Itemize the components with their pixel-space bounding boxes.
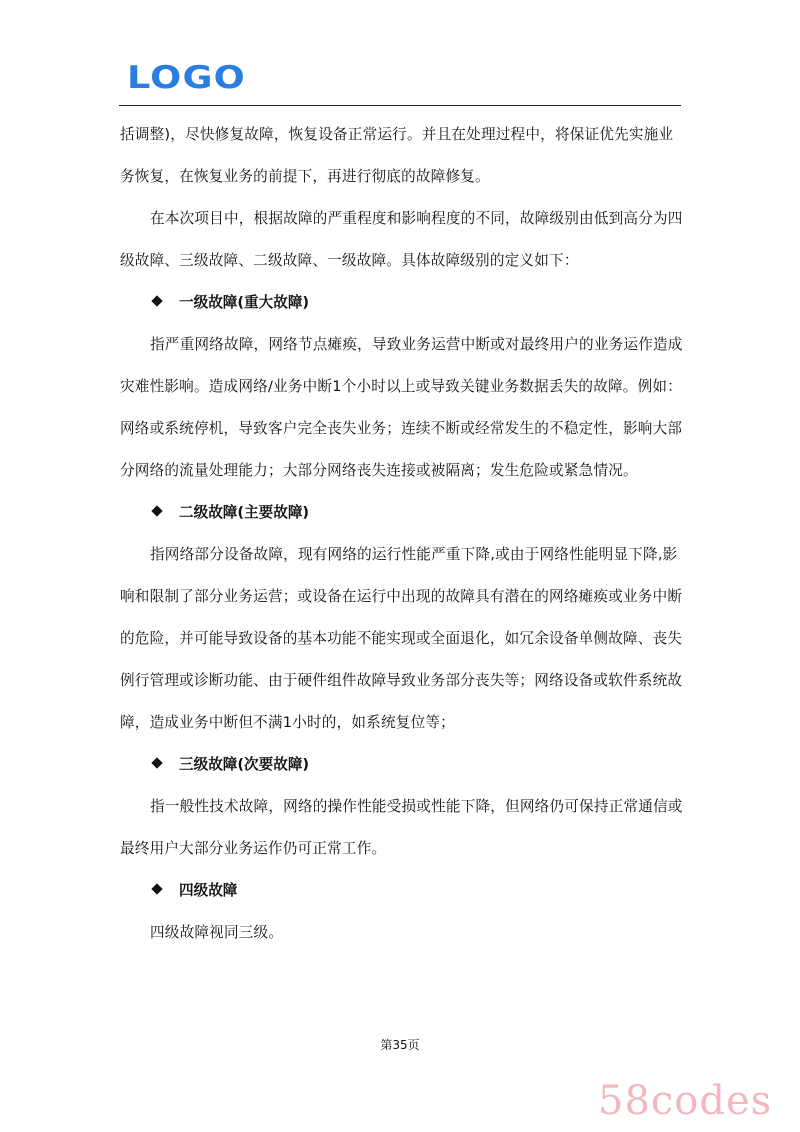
section-heading-level4: 四级故障 (120, 870, 682, 912)
paragraph-line: 指一般性技术故障，网络的操作性能受损或性能下降，但网络仍可保持正常通信或 (120, 786, 682, 828)
diamond-bullet-icon (151, 883, 162, 894)
diamond-bullet-icon (151, 757, 162, 768)
paragraph-line: 分网络的流量处理能力；大部分网络丧失连接或被隔离；发生危险或紧急情况。 (120, 450, 682, 492)
page-number: 第35页 (0, 1036, 800, 1053)
section-heading-level2: 二级故障(主要故障) (120, 492, 682, 534)
paragraph-line: 指网络部分设备故障，现有网络的运行性能严重下降,或由于网络性能明显下降,影 (120, 534, 682, 576)
paragraph-line: 网络或系统停机，导致客户完全丧失业务；连续不断或经常发生的不稳定性，影响大部 (120, 408, 682, 450)
paragraph-line: 灾难性影响。造成网络/业务中断1个小时以上或导致关键业务数据丢失的故障。例如： (120, 366, 682, 408)
paragraph-line: 四级故障视同三级。 (120, 912, 682, 954)
diamond-bullet-icon (151, 295, 162, 306)
heading-text: 一级故障(重大故障) (179, 294, 309, 311)
watermark: 58codes (598, 1078, 772, 1124)
paragraph-line: 在本次项目中，根据故障的严重程度和影响程度的不同，故障级别由低到高分为四 (120, 198, 682, 240)
heading-text: 三级故障(次要故障) (179, 756, 309, 773)
paragraph-line: 障，造成业务中断但不满1小时的，如系统复位等； (120, 702, 682, 744)
paragraph-line: 的危险，并可能导致设备的基本功能不能实现或全面退化，如冗余设备单侧故障、丧失 (120, 618, 682, 660)
paragraph-line: 级故障、三级故障、二级故障、一级故障。具体故障级别的定义如下： (120, 240, 682, 282)
paragraph-line: 最终用户大部分业务运作仍可正常工作。 (120, 828, 682, 870)
paragraph-line: 响和限制了部分业务运营；或设备在运行中出现的故障具有潜在的网络瘫痪或业务中断 (120, 576, 682, 618)
heading-text: 四级故障 (179, 882, 237, 899)
document-body: 括调整)，尽快修复故障，恢复设备正常运行。并且在处理过程中，将保证优先实施业 务… (120, 114, 682, 954)
section-heading-level3: 三级故障(次要故障) (120, 744, 682, 786)
diamond-bullet-icon (151, 505, 162, 516)
paragraph-line: 指严重网络故障，网络节点瘫痪，导致业务运营中断或对最终用户的业务运作造成 (120, 324, 682, 366)
section-heading-level1: 一级故障(重大故障) (120, 282, 682, 324)
header-divider (119, 105, 681, 106)
heading-text: 二级故障(主要故障) (179, 504, 309, 521)
paragraph-line: 括调整)，尽快修复故障，恢复设备正常运行。并且在处理过程中，将保证优先实施业 (120, 114, 682, 156)
paragraph-line: 务恢复，在恢复业务的前提下，再进行彻底的故障修复。 (120, 156, 682, 198)
logo: LOGO (127, 62, 246, 94)
paragraph-line: 例行管理或诊断功能、由于硬件组件故障导致业务部分丧失等；网络设备或软件系统故 (120, 660, 682, 702)
